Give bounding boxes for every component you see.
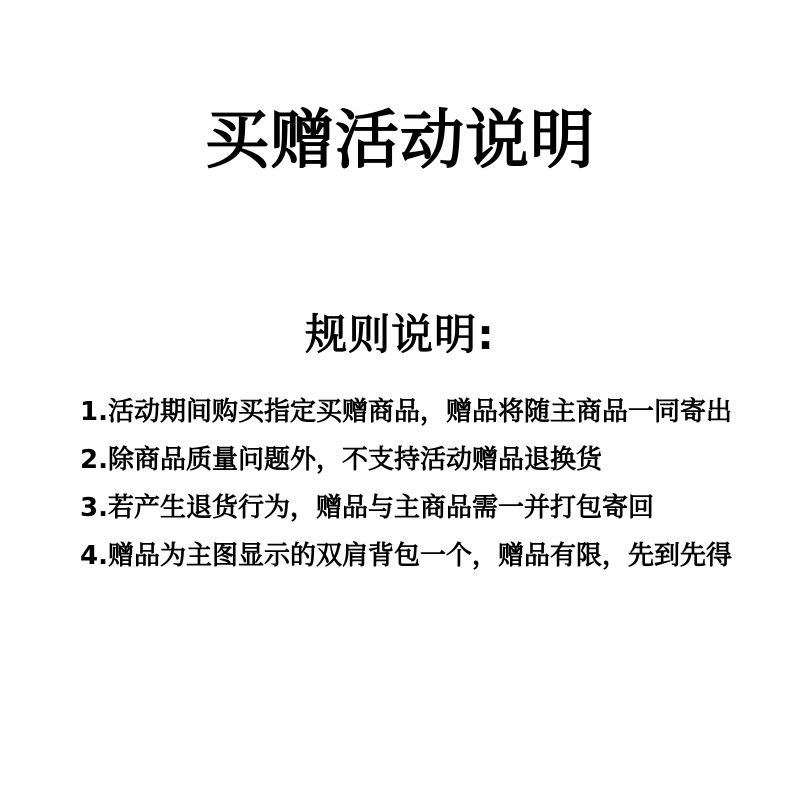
rule-item-3: 3.若产生退货行为，赠品与主商品需一并打包寄回 (80, 492, 740, 524)
rules-section-heading: 规则说明: (0, 312, 800, 358)
rule-item-1: 1.活动期间购买指定买赠商品，赠品将随主商品一同寄出 (80, 396, 740, 428)
rule-item-2: 2.除商品质量问题外，不支持活动赠品退换货 (80, 444, 740, 476)
promo-notice-page: 买赠活动说明 规则说明: 1.活动期间购买指定买赠商品，赠品将随主商品一同寄出 … (0, 0, 800, 800)
rule-item-4: 4.赠品为主图显示的双肩背包一个，赠品有限，先到先得 (80, 540, 740, 572)
rules-list: 1.活动期间购买指定买赠商品，赠品将随主商品一同寄出 2.除商品质量问题外，不支… (80, 396, 740, 588)
page-title: 买赠活动说明 (0, 106, 800, 176)
